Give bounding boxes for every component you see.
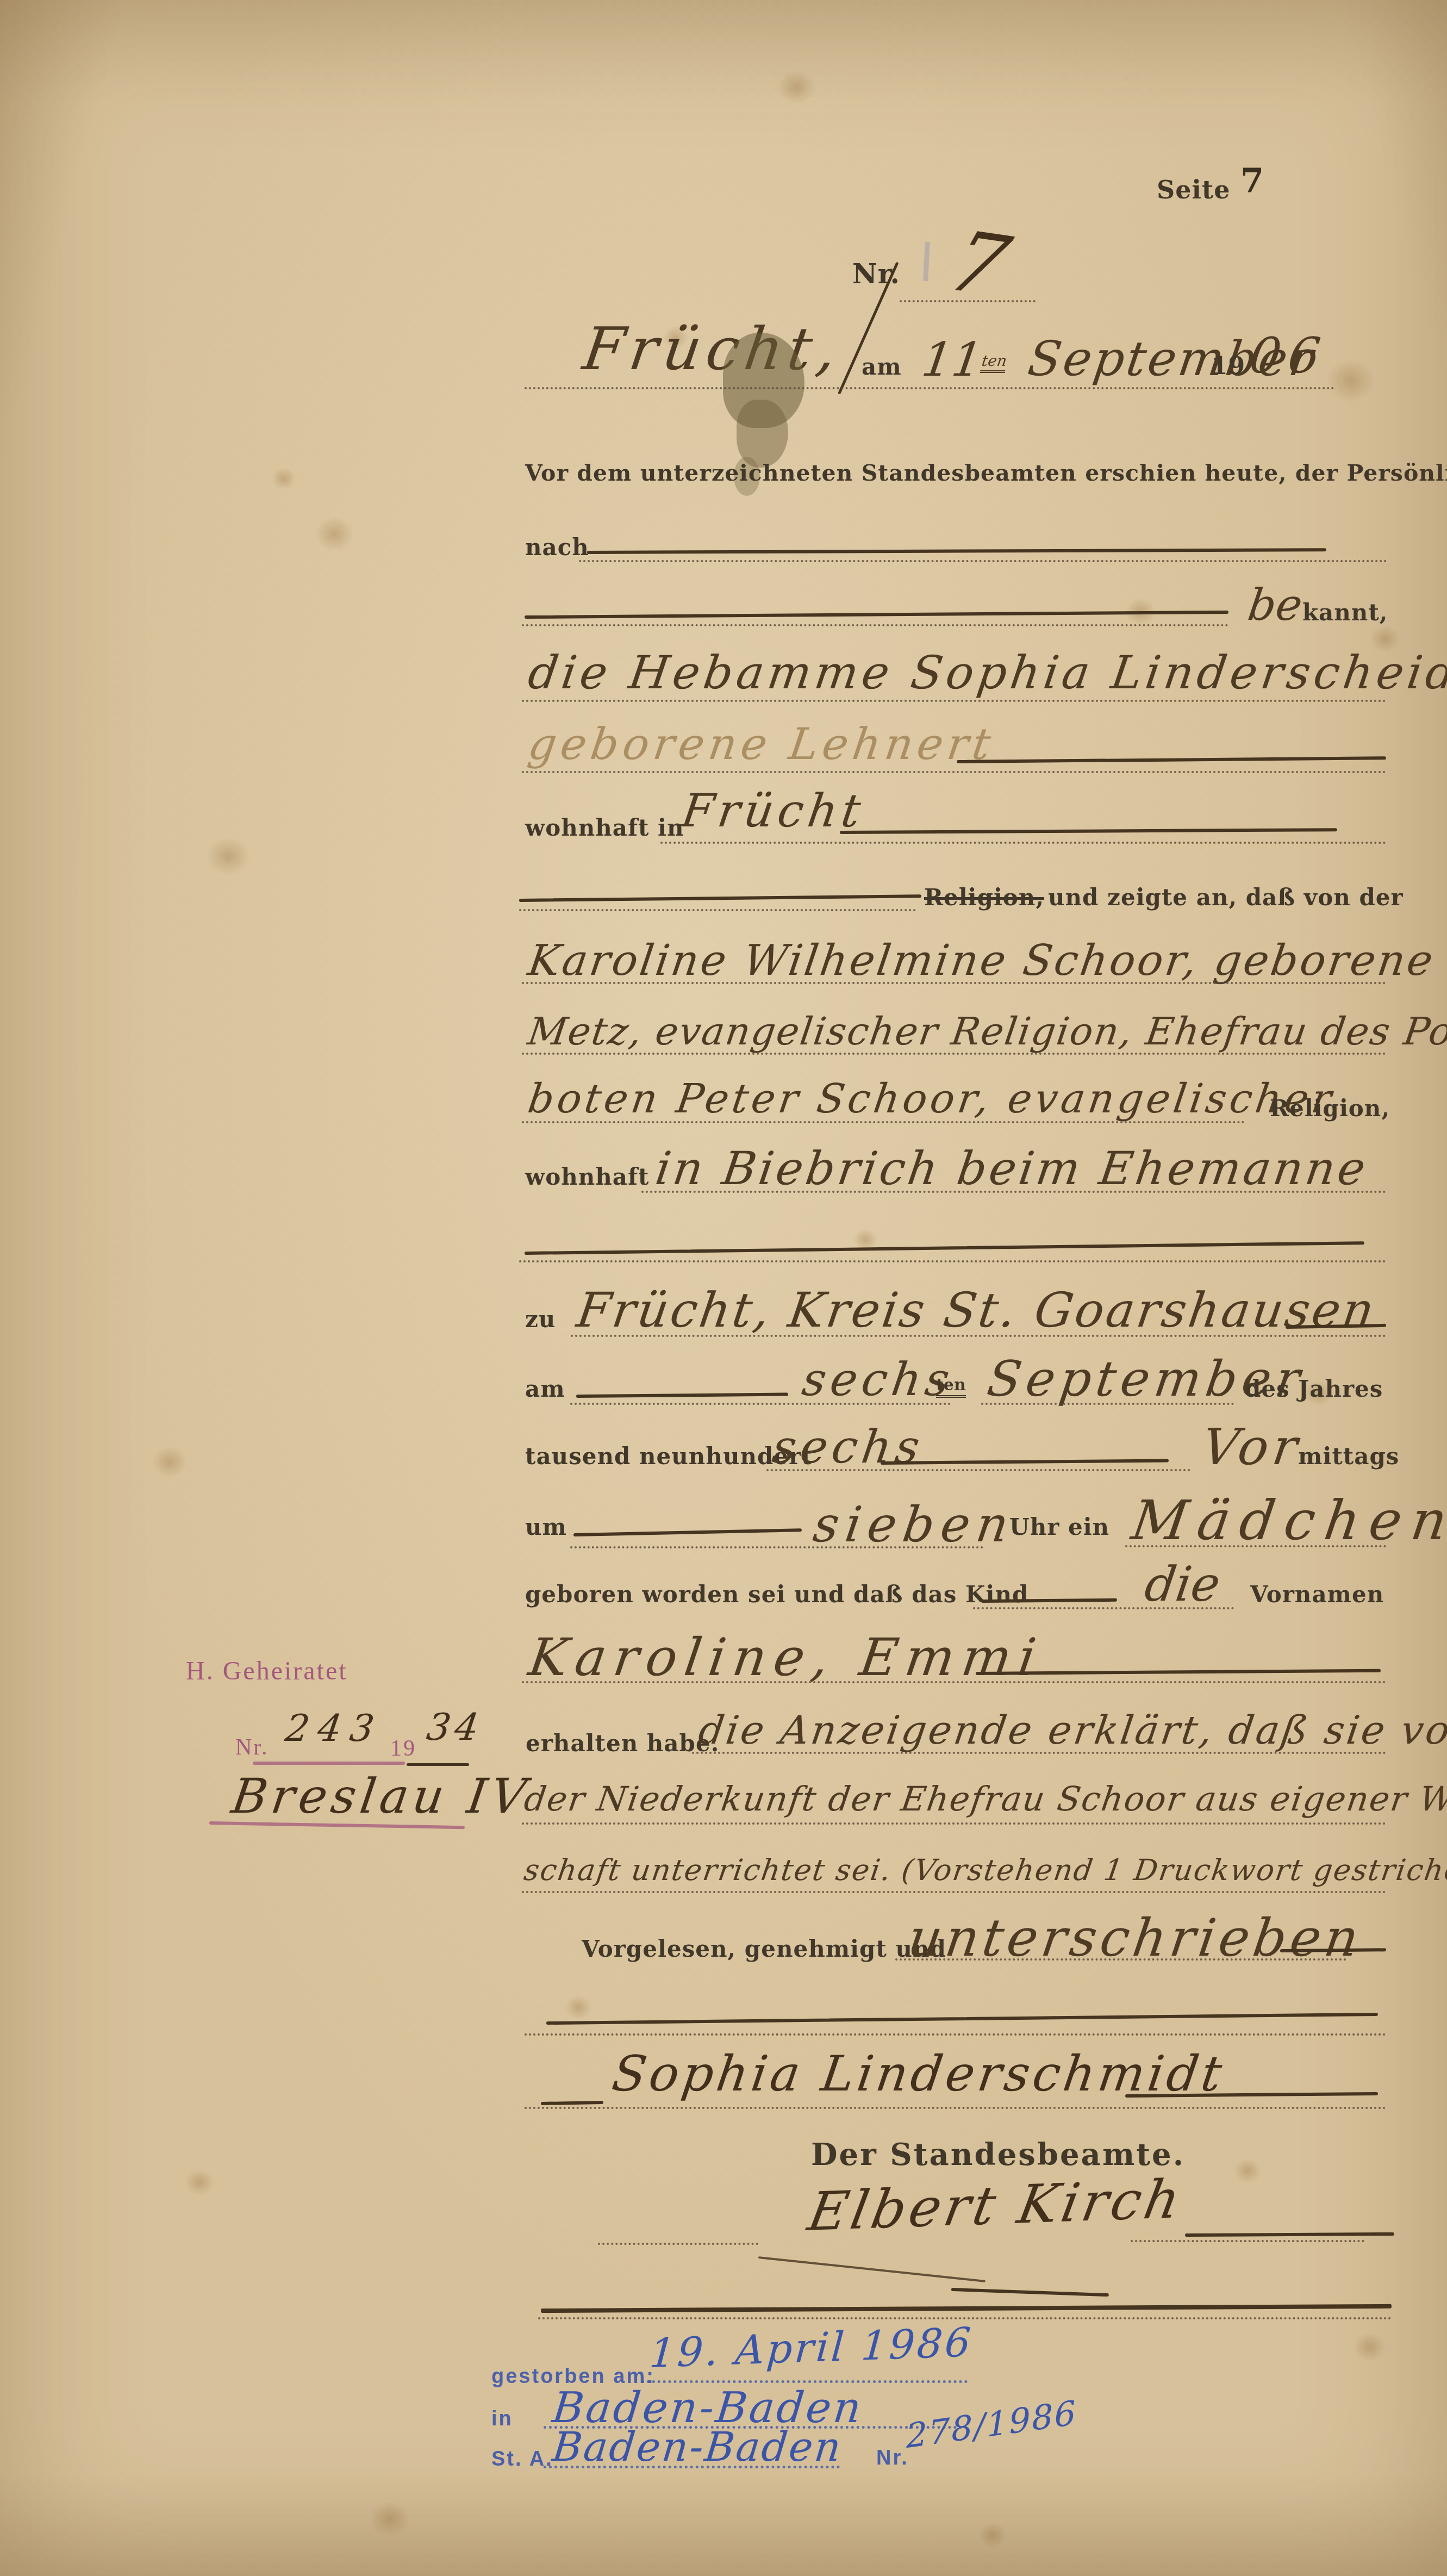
erhalten-label: erhalten habe. xyxy=(526,1730,719,1757)
ruled-line xyxy=(598,2243,758,2245)
am-label: am xyxy=(525,1376,565,1402)
marriage-stamp-underline xyxy=(253,1762,405,1765)
ruled-line xyxy=(522,1891,1386,1893)
pen-line xyxy=(981,1598,1117,1603)
declarant-maiden-name: geborene Lehnert xyxy=(525,719,998,769)
dateline-place: Frücht, xyxy=(579,315,846,383)
foxing-spot xyxy=(777,71,815,103)
ruled-line xyxy=(522,1121,1245,1123)
foxing-spot xyxy=(1354,2332,1386,2362)
mother-line-2: Metz, evangelischer Religion, Ehefrau de… xyxy=(525,1009,1447,1054)
dateline-day-suffix: ten xyxy=(980,352,1008,373)
foxing-spot xyxy=(978,2523,1007,2548)
ruled-line xyxy=(1125,1545,1386,1547)
marriage-stamp-year-printed: 19 xyxy=(390,1735,416,1762)
ruled-line xyxy=(570,1403,951,1405)
pen-line xyxy=(519,894,921,902)
given-names-value: Karoline, Emmi xyxy=(525,1628,1047,1688)
dateline-year-printed: 19 xyxy=(1211,352,1245,380)
residence2-label: wohnhaft xyxy=(525,1163,649,1190)
dateline-day: 11ten xyxy=(919,333,1011,387)
religion-label-2: Religion, xyxy=(1270,1095,1390,1122)
ruled-line xyxy=(1131,2240,1364,2242)
ruled-line xyxy=(525,2033,1386,2036)
death-stamp-nr-value: 278/1986 xyxy=(905,2393,1077,2456)
ten-suffix: ten xyxy=(936,1376,966,1398)
zu-label: zu xyxy=(525,1306,556,1333)
residence-value: Frücht xyxy=(678,784,868,837)
dateline-year-handwritten: 06 xyxy=(1246,327,1331,384)
page-label: Seite xyxy=(1157,175,1230,204)
zeigte-an-text: und zeigte an, daß von der xyxy=(1048,884,1404,911)
ruled-line xyxy=(579,560,1387,562)
bekannt-handwritten-prefix: be xyxy=(1245,580,1306,630)
death-stamp-nr-label: Nr. xyxy=(876,2447,909,2470)
marriage-stamp-nr-label: Nr. xyxy=(235,1734,269,1760)
mittags-label: mittags xyxy=(1298,1443,1399,1470)
ruled-line xyxy=(522,771,1386,773)
entry-end-rule xyxy=(541,2304,1392,2313)
pen-line xyxy=(840,828,1337,834)
pen-line xyxy=(525,1241,1364,1255)
uhr-ein-label: Uhr ein xyxy=(1009,1514,1109,1540)
dateline-am-label: am xyxy=(862,353,902,380)
pen-line xyxy=(587,548,1326,554)
ruled-line xyxy=(571,1335,1386,1337)
foxing-spot xyxy=(370,2501,410,2537)
ruled-line xyxy=(692,1752,1386,1754)
ruled-line xyxy=(522,1822,1386,1825)
death-stamp-died-value: 19. April 1986 xyxy=(648,2319,974,2377)
dateline-ruled-line xyxy=(525,387,1334,389)
vorgelesen-text: Vorgelesen, genehmigt und xyxy=(582,1936,946,1962)
ruled-line xyxy=(519,1260,1386,1262)
birth-hour-value: sieben xyxy=(810,1496,1019,1553)
nach-label: nach xyxy=(525,534,589,561)
intro-text: Vor dem unterzeichneten Standesbeamten e… xyxy=(525,460,1447,486)
dateline-day-number: 11 xyxy=(919,333,986,387)
vornamen-label: Vornamen xyxy=(1250,1581,1384,1608)
signature-flourish xyxy=(951,2288,1109,2297)
ruled-line xyxy=(522,1681,1386,1683)
mother-line-3: boten Peter Schoor, evangelischer xyxy=(525,1075,1338,1122)
birth-year-value: sechs xyxy=(769,1420,927,1473)
foxing-spot xyxy=(1234,2158,1261,2183)
foxing-spot xyxy=(272,468,296,489)
marriage-stamp-nr-value: 243 xyxy=(283,1707,385,1750)
registrar-title: Der Standesbeamte. xyxy=(811,2137,1185,2173)
ruled-line xyxy=(895,1958,1346,1961)
pen-line xyxy=(576,1393,788,1398)
death-stamp-line xyxy=(544,2466,840,2468)
pen-line xyxy=(1185,2232,1394,2237)
signature-flourish xyxy=(758,2256,986,2282)
ruled-line xyxy=(525,2107,1386,2109)
birth-day-value: sechs xyxy=(799,1353,957,1406)
pen-line xyxy=(525,611,1228,619)
ruled-line xyxy=(522,700,1386,702)
foxing-spot xyxy=(152,1446,187,1478)
ruled-line xyxy=(570,1546,983,1548)
registrar-signature: Elbert Kirch xyxy=(803,2168,1188,2243)
ink-bleed-mark xyxy=(923,242,930,281)
child-sex-value: Mädchen xyxy=(1128,1489,1447,1552)
foxing-spot xyxy=(185,2169,214,2195)
register-page: Seite 7 Nr. 7 Frücht, am 11ten September… xyxy=(0,0,1447,2576)
religion-label-struck: Religion, xyxy=(924,884,1044,911)
um-label: um xyxy=(525,1514,567,1540)
declarant-name: die Hebamme Sophia Linderscheidt xyxy=(525,646,1447,699)
tausend-label: tausend neunhundert xyxy=(525,1443,813,1470)
ruled-line xyxy=(519,909,916,911)
death-stamp-in-label: in xyxy=(491,2407,513,2431)
page-number: 7 xyxy=(1240,161,1264,201)
ruled-line xyxy=(660,842,1386,844)
geboren-text: geboren worden sei und daß das Kind xyxy=(525,1581,1028,1608)
pen-line xyxy=(1280,1948,1386,1952)
residence2-value: in Biebrich beim Ehemanne xyxy=(652,1142,1371,1195)
ruled-line xyxy=(766,1469,1190,1471)
ink-blot xyxy=(737,400,788,468)
die-handwritten: die xyxy=(1142,1556,1224,1612)
marriage-stamp-heading: H. Geheiratet xyxy=(186,1656,348,1686)
pen-line xyxy=(546,2013,1378,2025)
marriage-stamp-year-value: 34 xyxy=(424,1706,486,1749)
death-stamp-office-value: Baden-Baden xyxy=(550,2424,845,2471)
foxing-spot xyxy=(565,1995,591,2019)
foxing-spot xyxy=(207,837,250,875)
pen-line xyxy=(541,2101,603,2105)
declaration-line-1: die Anzeigende erklärt, daß sie von xyxy=(696,1707,1447,1753)
des-jahres-label: des Jahres xyxy=(1245,1376,1383,1402)
birthplace-value: Frücht, Kreis St. Goarshausen xyxy=(573,1282,1380,1338)
death-stamp-line xyxy=(641,2380,968,2383)
mother-line-1: Karoline Wilhelmine Schoor, geborene xyxy=(525,936,1438,985)
pen-underline xyxy=(407,1763,469,1766)
pen-line xyxy=(881,1459,1169,1465)
vor-value: Vor xyxy=(1199,1418,1305,1476)
ruled-line xyxy=(641,1191,1386,1193)
bekannt-printed: kannt, xyxy=(1302,599,1388,626)
ruled-line xyxy=(973,1607,1234,1609)
foxing-spot xyxy=(315,517,353,551)
marriage-stamp-place: Breslau IV xyxy=(228,1768,534,1824)
declaration-line-3: schaft unterrichtet sei. (Vorstehend 1 D… xyxy=(522,1853,1447,1887)
declaration-line-2: der Niederkunft der Ehefrau Schoor aus e… xyxy=(522,1779,1447,1819)
ruled-line xyxy=(522,982,1386,984)
residence-label: wohnhaft in xyxy=(525,814,684,841)
ruled-line xyxy=(522,1053,1386,1055)
ruled-line xyxy=(522,624,1228,626)
ruled-line xyxy=(981,1403,1234,1405)
pen-line xyxy=(573,1528,802,1536)
foxing-spot xyxy=(1326,359,1375,402)
pen-line xyxy=(957,756,1386,763)
